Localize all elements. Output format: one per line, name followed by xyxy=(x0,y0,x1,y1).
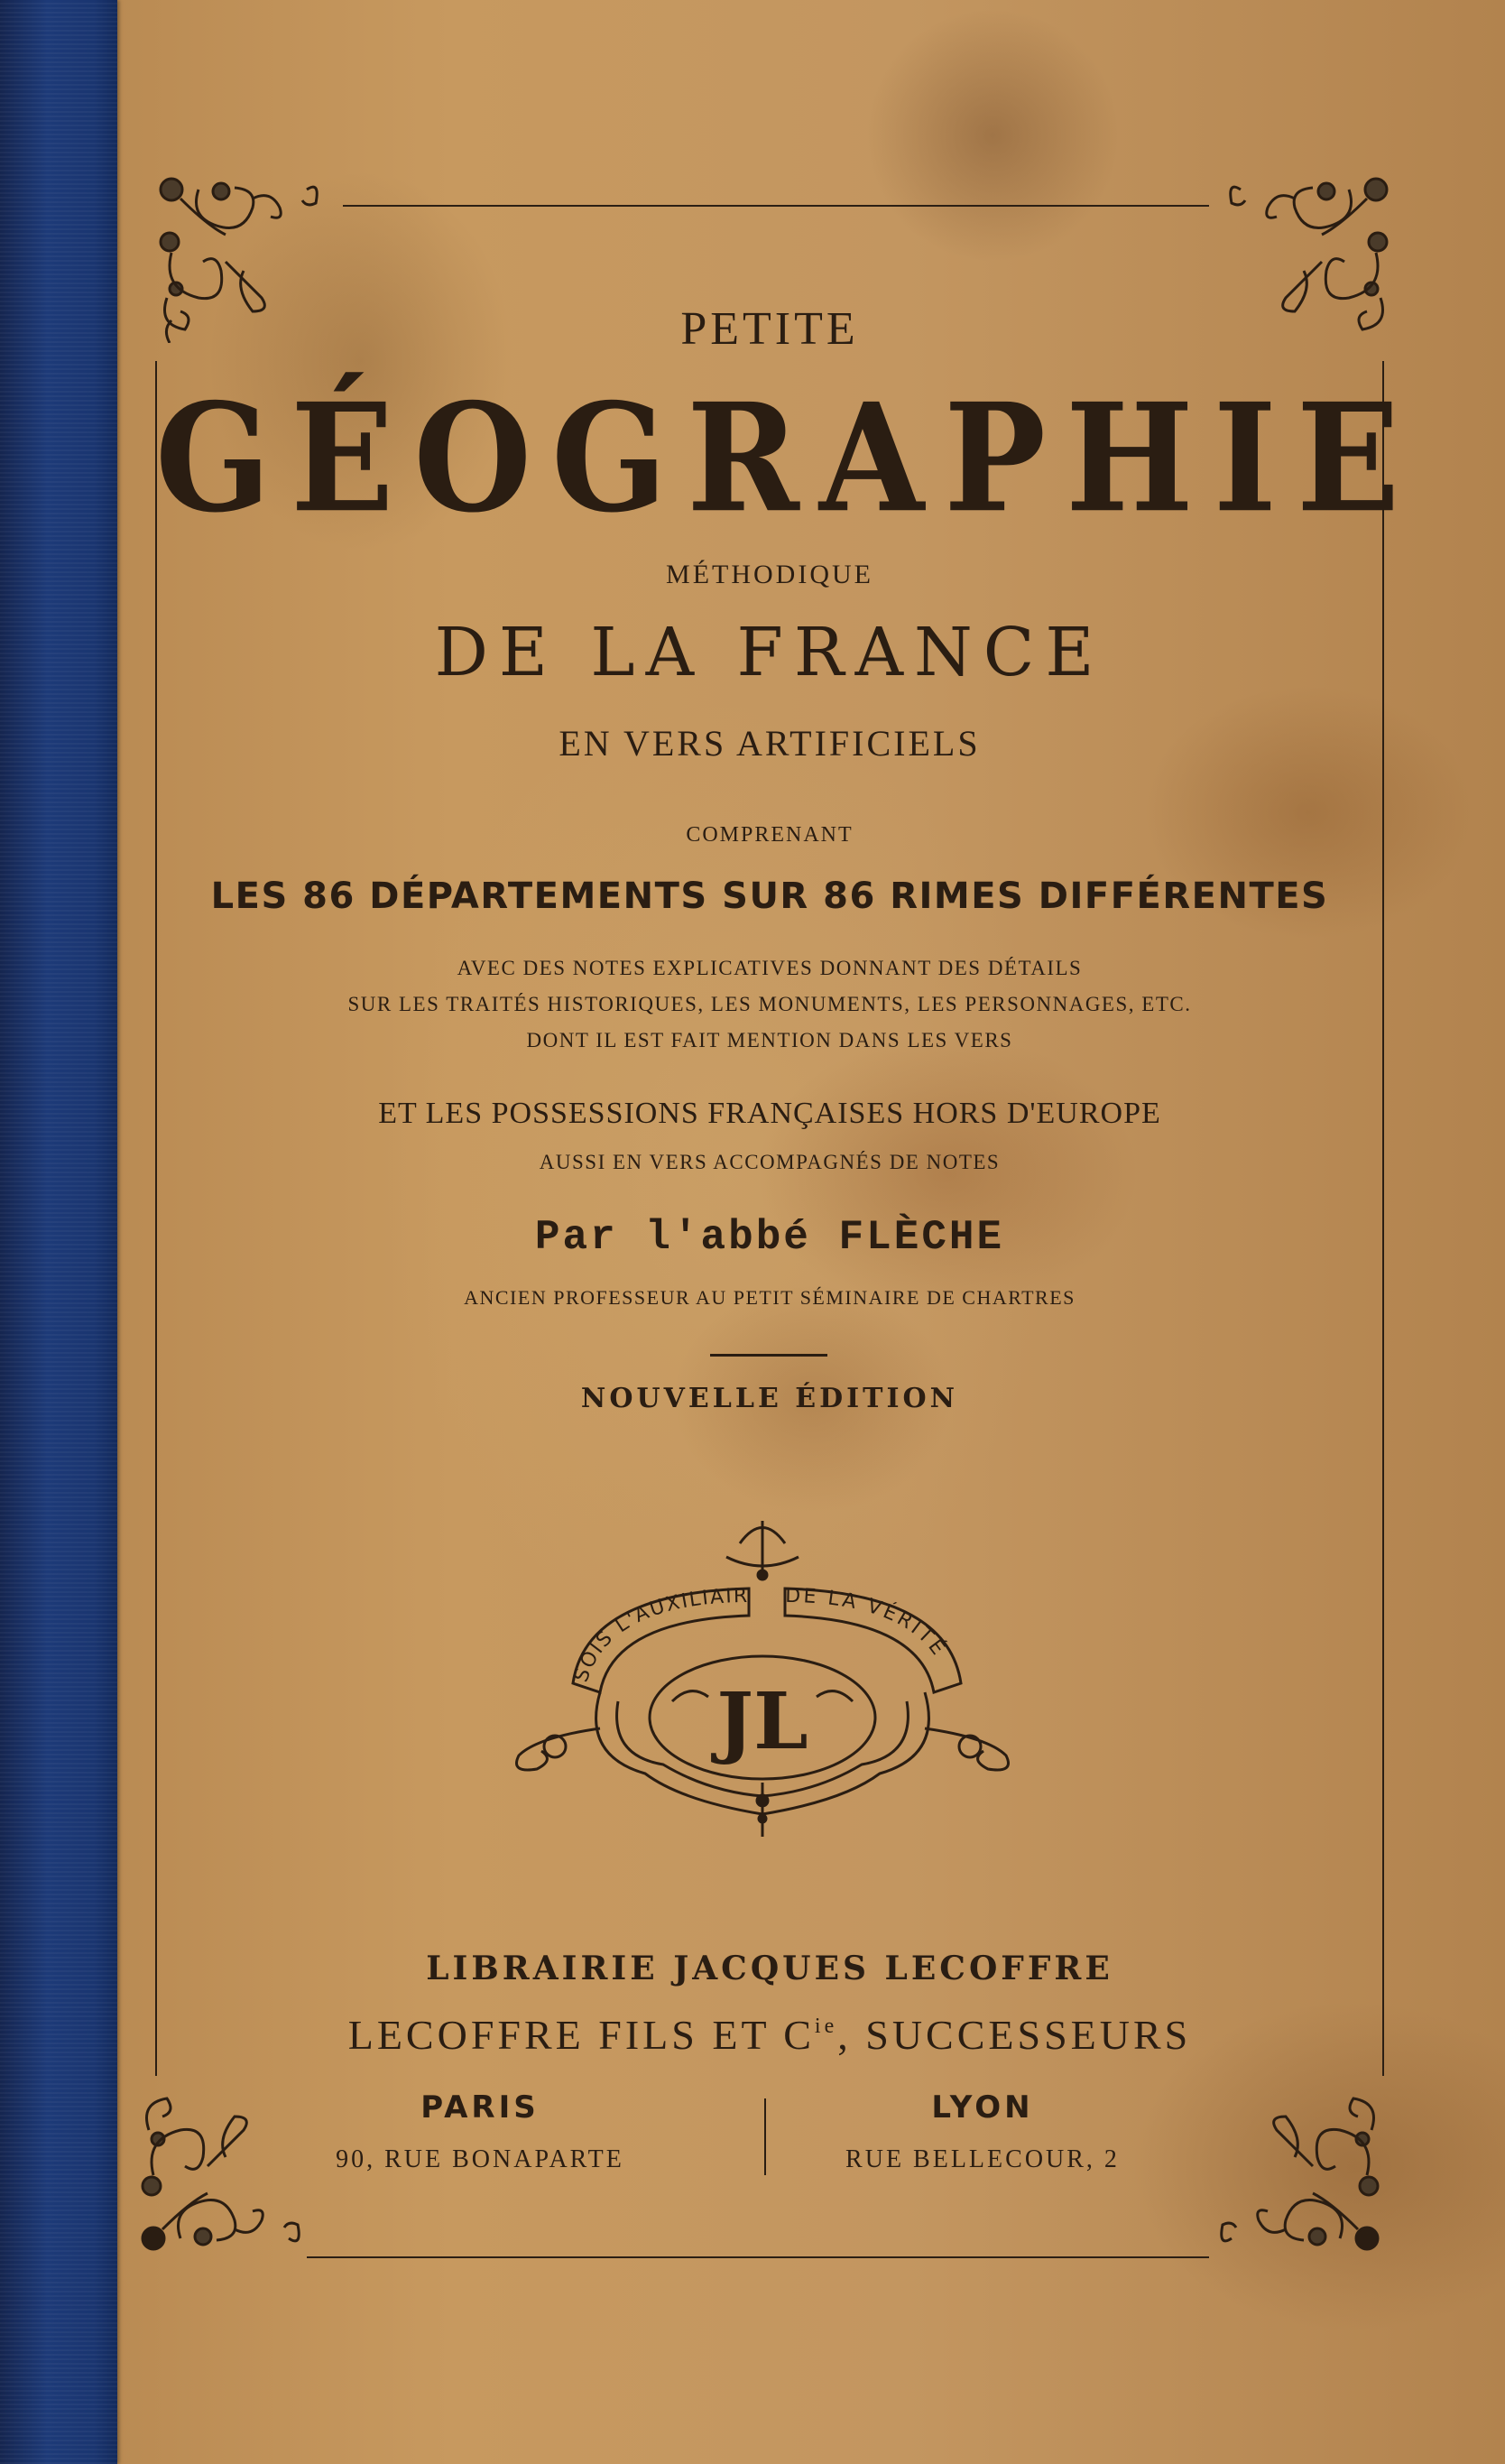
author-name: Par l'abbé FLÈCHE xyxy=(155,1214,1384,1261)
emblem-motto-left: SOIS L'AUXILIAIRE xyxy=(501,1503,749,1685)
city-address: RUE BELLECOUR, 2 xyxy=(780,2145,1186,2174)
departements-line: LES 86 DÉPARTEMENTS SUR 86 RIMES DIFFÉRE… xyxy=(155,875,1384,917)
publisher-successors: LECOFFRE FILS ET Cie, SUCCESSEURS xyxy=(155,2011,1384,2059)
title-main: GÉOGRAPHIE xyxy=(155,371,1384,546)
successors-text-end: , SUCCESSEURS xyxy=(837,2012,1191,2058)
svg-text:SOIS L'AUXILIAIRE: SOIS L'AUXILIAIRE xyxy=(501,1503,749,1685)
city-lyon: LYON RUE BELLECOUR, 2 xyxy=(780,2089,1186,2174)
city-name: PARIS xyxy=(277,2089,683,2126)
city-name: LYON xyxy=(780,2089,1186,2126)
cloth-spine xyxy=(0,0,117,2464)
publisher-cities: PARIS 90, RUE BONAPARTE LYON RUE BELLECO… xyxy=(155,2089,1384,2189)
edition-label: NOUVELLE ÉDITION xyxy=(155,1383,1384,1414)
aussi-line: AUSSI EN VERS ACCOMPAGNÉS DE NOTES xyxy=(155,1151,1384,1174)
publisher-emblem-icon: SOIS L'AUXILIAIRE DE LA VÉRITÉ JL xyxy=(501,1503,1024,1846)
comprenant-label: COMPRENANT xyxy=(155,823,1384,848)
book-cover: PETITE GÉOGRAPHIE MÉTHODIQUE DE LA FRANC… xyxy=(0,0,1505,2464)
successors-text: LECOFFRE FILS ET C xyxy=(348,2012,815,2058)
notes-line: DONT IL EST FAIT MENTION DANS LES VERS xyxy=(155,1029,1384,1052)
title-petite: PETITE xyxy=(155,302,1384,356)
title-page-content: PETITE GÉOGRAPHIE MÉTHODIQUE DE LA FRANC… xyxy=(155,0,1384,2464)
separator-rule xyxy=(710,1354,827,1357)
title-en-vers: EN VERS ARTIFICIELS xyxy=(155,722,1384,764)
successors-superscript: ie xyxy=(815,2015,837,2038)
notes-line: AVEC DES NOTES EXPLICATIVES DONNANT DES … xyxy=(155,957,1384,980)
city-divider xyxy=(764,2098,766,2175)
possessions-line: ET LES POSSESSIONS FRANÇAISES HORS D'EUR… xyxy=(155,1097,1384,1131)
emblem-monogram: JL xyxy=(710,1676,808,1767)
title-methodique: MÉTHODIQUE xyxy=(155,560,1384,590)
author-title: ANCIEN PROFESSEUR AU PETIT SÉMINAIRE DE … xyxy=(155,1286,1384,1310)
title-de-la-france: DE LA FRANCE xyxy=(155,614,1384,691)
notes-line: SUR LES TRAITÉS HISTORIQUES, LES MONUMEN… xyxy=(155,993,1384,1016)
publisher-name: LIBRAIRIE JACQUES LECOFFRE xyxy=(155,1950,1384,1987)
city-paris: PARIS 90, RUE BONAPARTE xyxy=(277,2089,683,2174)
city-address: 90, RUE BONAPARTE xyxy=(277,2145,683,2174)
